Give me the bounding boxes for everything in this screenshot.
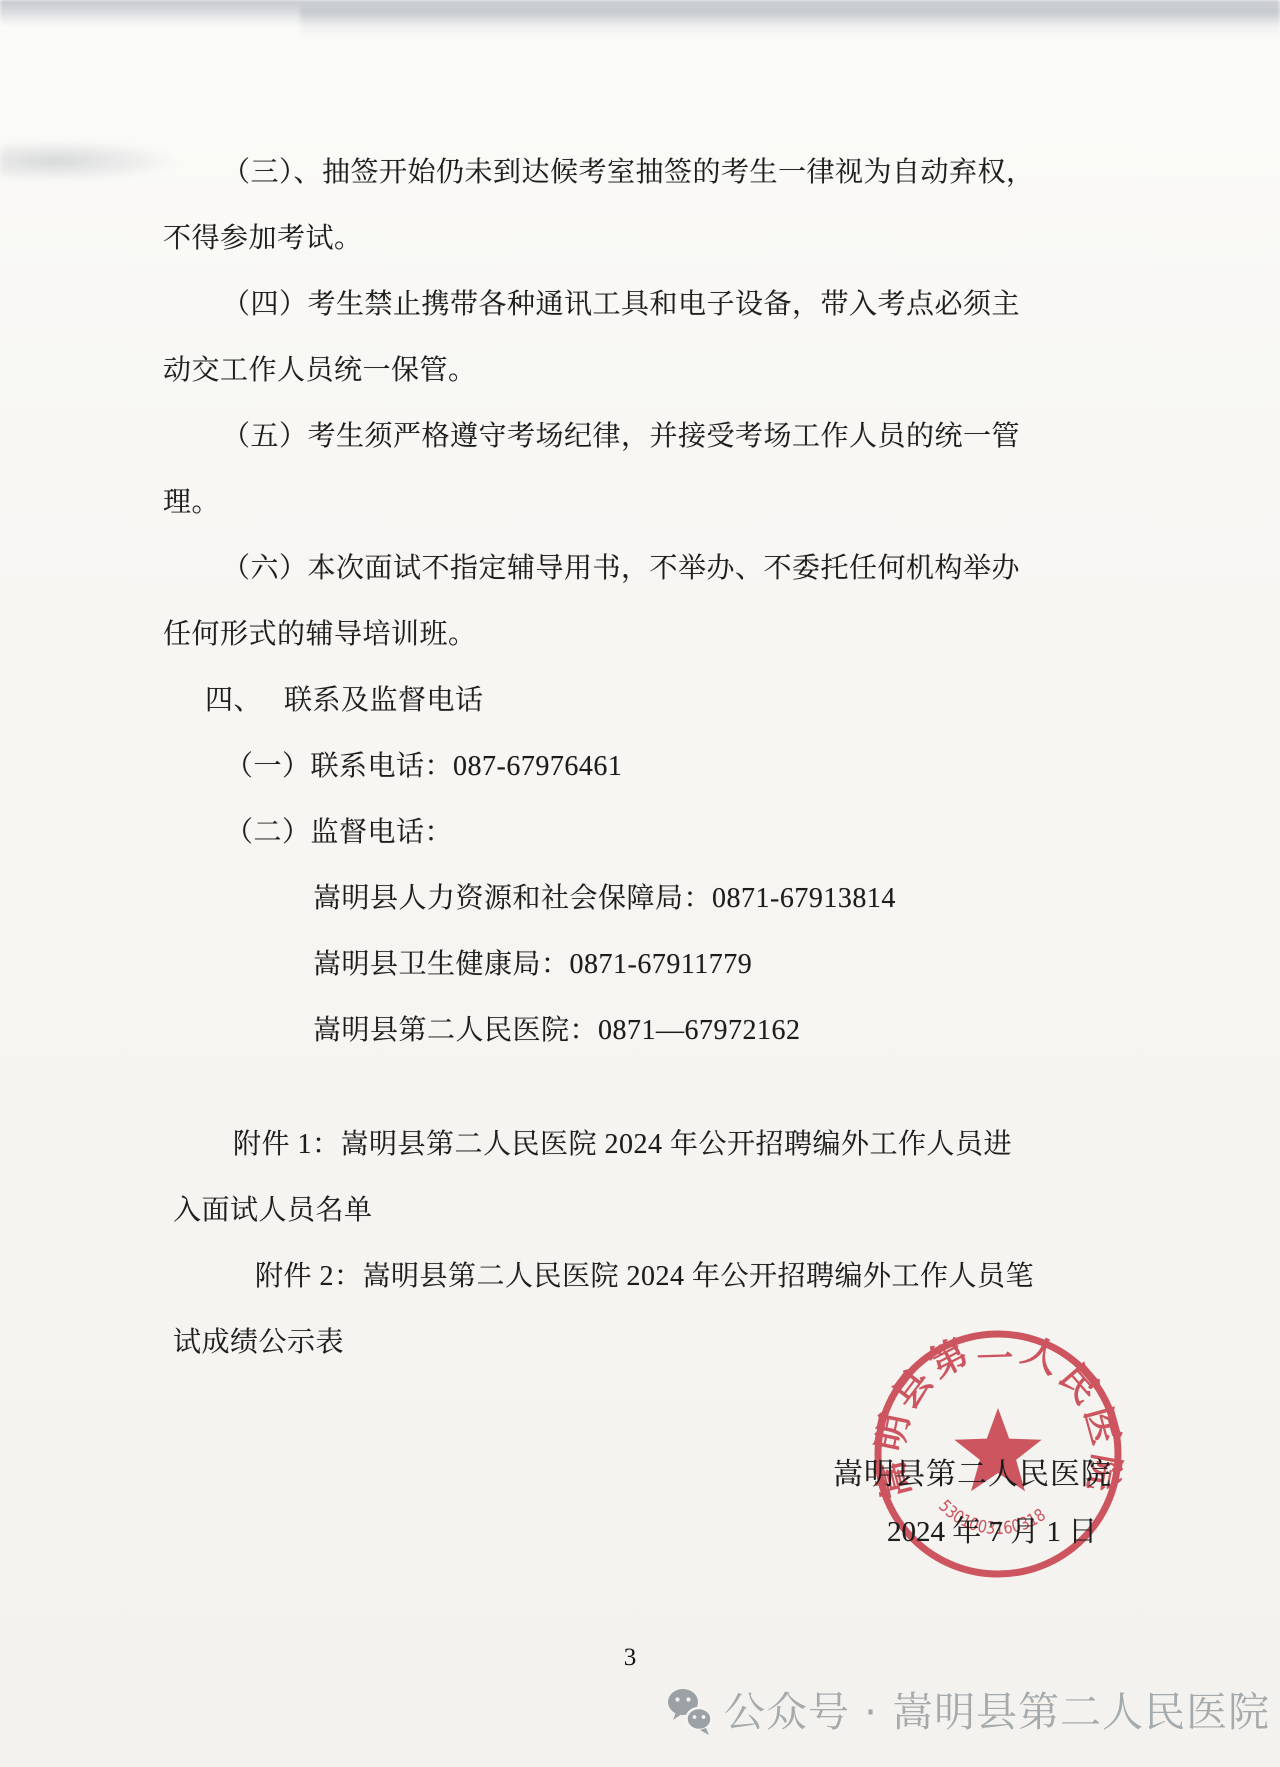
watermark: 公众号 · 嵩明县第二人民医院 (666, 1686, 1270, 1738)
text-line: （六）本次面试不指定辅导用书，不举办、不委托任何机构举办 (222, 536, 1063, 602)
watermark-text: 公众号 · 嵩明县第二人民医院 (724, 1686, 1270, 1738)
text-line: （一）联系电话：087-67976461 (225, 734, 1063, 800)
text-line: 四、 联系及监督电话 (205, 668, 1063, 734)
text-line: 任何形式的辅导培训班。 (163, 602, 1063, 668)
wechat-icon (666, 1687, 714, 1737)
text-line: 动交工作人员统一保管。 (163, 338, 1063, 404)
text-line: （二）监督电话： (225, 800, 1063, 866)
scanned-document-page: （三）、抽签开始仍未到达候考室抽签的考生一律视为自动弃权，不得参加考试。（四）考… (0, 0, 1280, 1767)
text-line: （四）考生禁止携带各种通讯工具和电子设备，带入考点必须主 (222, 272, 1063, 338)
text-line: （五）考生须严格遵守考场纪律，并接受考场工作人员的统一管 (222, 404, 1063, 470)
page-number: 3 (600, 1644, 660, 1672)
text-line: 入面试人员名单 (173, 1178, 1063, 1244)
scan-artifact-top-right (300, 8, 1280, 38)
text-line: 理。 (163, 470, 1063, 536)
text-line: 嵩明县第二人民医院：0871—67972162 (313, 998, 1063, 1064)
signature-org: 嵩明县第二人民医院 (833, 1452, 1112, 1498)
document-body: （三）、抽签开始仍未到达候考室抽签的考生一律视为自动弃权，不得参加考试。（四）考… (163, 140, 1063, 1376)
text-line: 附件 1：嵩明县第二人民医院 2024 年公开招聘编外工作人员进 (233, 1112, 1063, 1178)
text-line: 附件 2：嵩明县第二人民医院 2024 年公开招聘编外工作人员笔 (255, 1244, 1063, 1310)
text-line: 不得参加考试。 (163, 206, 1063, 272)
text-line: 嵩明县卫生健康局：0871-67911779 (313, 932, 1063, 998)
signature-date: 2024 年 7 月 1 日 (887, 1512, 1097, 1552)
text-line: （三）、抽签开始仍未到达候考室抽签的考生一律视为自动弃权， (222, 140, 1063, 206)
scan-smudge (0, 140, 180, 182)
text-line: 嵩明县人力资源和社会保障局：0871-67913814 (313, 866, 1063, 932)
